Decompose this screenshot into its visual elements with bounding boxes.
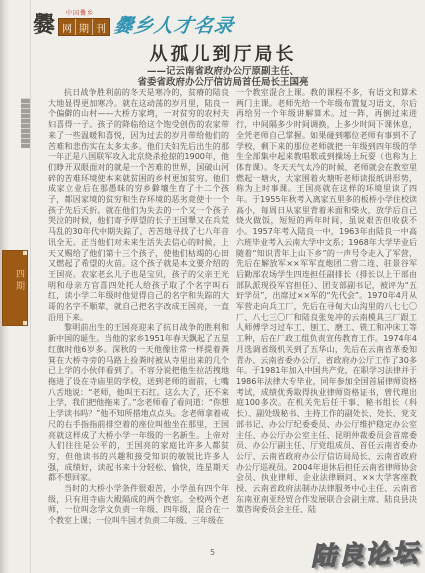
list-item: 四: [16, 270, 25, 280]
article-subtitle: ——记云南省政府办公厅原副主任、省委省政府办公厅信访局首任局长王国亮: [33, 66, 413, 88]
list-item: 期: [75, 19, 92, 35]
logo-small-red-text: 中国爨乡: [66, 11, 94, 17]
list-item: 当时的大桥小学条件很艰苦，小学虽有四个年级，只有用寺庙大殿隔成的两个教室。全校两…: [48, 484, 229, 527]
list-item: 期: [16, 282, 25, 292]
page-header: 爨 中国爨乡 网期刊 爨乡人才名录 从孤儿到厅局长 ——记云南省政府办公厅原副主…: [33, 10, 413, 88]
forum-watermark: 陆良论坛: [310, 533, 419, 573]
magazine-logo: 爨 中国爨乡 网期刊 爨乡人才名录: [33, 14, 234, 36]
list-item: ——记云南省政府办公厅原副主任、: [33, 66, 413, 77]
list-item: 一个教室混合上课。教的课程不多，有语文和算术两门主课。老师先给一个年级布置复习语…: [236, 88, 417, 516]
list-item: 抗日战争胜利前的冬天是寒冷的，贫瘠的陆良大地显得更加寒冷。就在这动荡的岁月里，陆…: [48, 88, 229, 323]
list-item: 刊: [92, 19, 109, 35]
article-column-right: 一个教室混合上课。教的课程不多，有语文和算术两门主课。老师先给一个年级布置复习语…: [236, 88, 417, 546]
logo-calligraphy-char: 爨: [33, 14, 55, 36]
logo-script-title: 爨乡人才名录: [113, 16, 236, 36]
magazine-page: 四期 爨 中国爨乡 网期刊 爨乡人才名录 从孤儿到厅局长 ——记云南省政府办公厅…: [0, 0, 425, 573]
issue-label: 四期: [16, 270, 25, 292]
article-column-left: 抗日战争胜利前的冬天是寒冷的，贫瘠的陆良大地显得更加寒冷。就在这动荡的岁月里，陆…: [48, 88, 229, 546]
logo-box-group: 中国爨乡 网期刊: [58, 18, 110, 36]
list-item: 省委省政府办公厅信访局首任局长王国亮: [33, 77, 413, 88]
margin-rule: [30, 0, 31, 573]
list-item: 网: [59, 19, 75, 35]
issue-sidebar-box: 四期: [2, 250, 28, 326]
article-title: 从孤儿到厅局长: [33, 40, 413, 66]
logo-boxed-chars: 网期刊: [58, 18, 110, 36]
list-item: 黎明前出生的王国亮迎来了抗日战争的胜利和新中国的诞生。当他的家乡1951年春天飘…: [48, 323, 229, 484]
corner-mark: [23, 251, 27, 255]
spine-tab: [21, 98, 30, 148]
corner-mark: [23, 321, 27, 325]
